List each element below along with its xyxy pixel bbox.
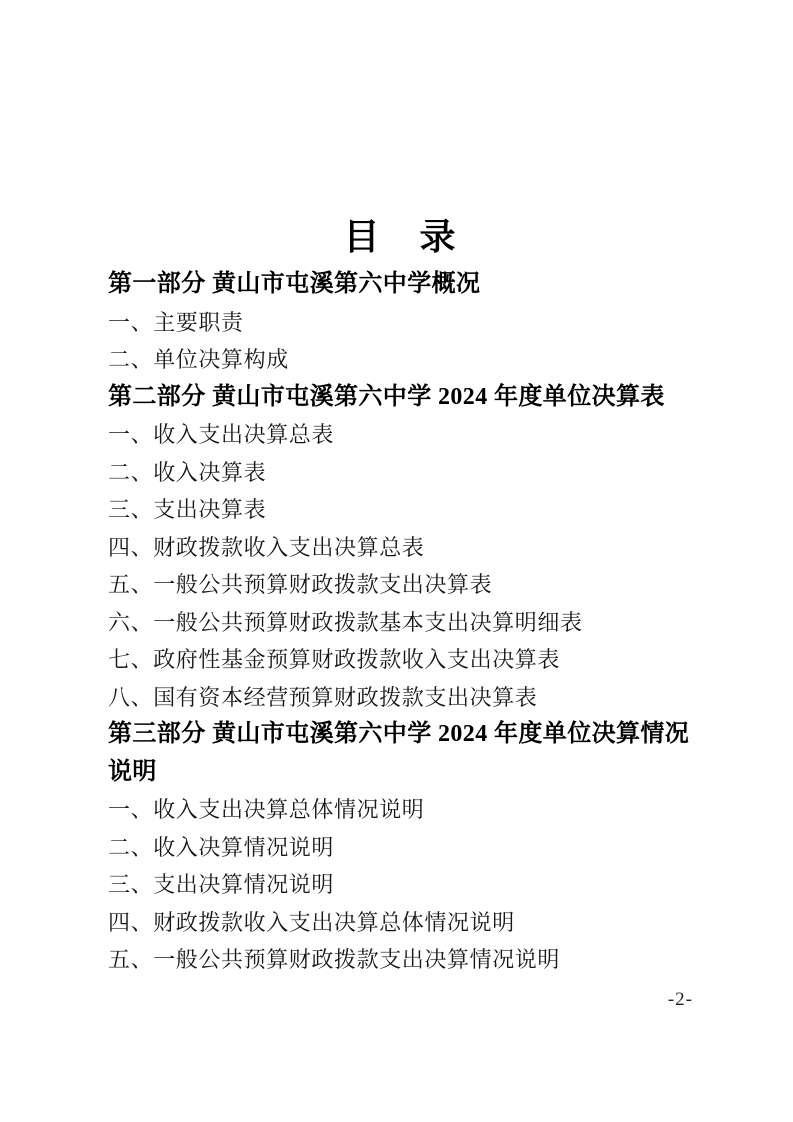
toc-item: 五、一般公共预算财政拨款支出决算情况说明 — [108, 941, 698, 979]
toc-item: 五、一般公共预算财政拨款支出决算表 — [108, 566, 698, 604]
section-heading-part1: 第一部分 黄山市屯溪第六中学概况 — [108, 266, 698, 304]
toc-item: 二、单位决算构成 — [108, 341, 698, 379]
toc-item: 一、收入支出决算总表 — [108, 416, 698, 454]
toc-item: 四、财政拨款收入支出决算总表 — [108, 529, 698, 567]
toc-item: 二、收入决算情况说明 — [108, 829, 698, 867]
page-title: 目 录 — [108, 216, 693, 258]
section-heading-part3: 第三部分 黄山市屯溪第六中学 2024 年度单位决算情况说明 — [108, 716, 698, 791]
toc-item: 六、一般公共预算财政拨款基本支出决算明细表 — [108, 604, 698, 642]
toc-item: 一、主要职责 — [108, 304, 698, 342]
page-number: -2- — [108, 989, 693, 1011]
toc-item: 二、收入决算表 — [108, 454, 698, 492]
toc-item: 四、财政拨款收入支出决算总体情况说明 — [108, 904, 698, 942]
toc-item: 三、支出决算表 — [108, 491, 698, 529]
toc-item: 七、政府性基金预算财政拨款收入支出决算表 — [108, 641, 698, 679]
toc-item: 三、支出决算情况说明 — [108, 866, 698, 904]
toc-item: 一、收入支出决算总体情况说明 — [108, 791, 698, 829]
table-of-contents: 第一部分 黄山市屯溪第六中学概况 一、主要职责 二、单位决算构成 第二部分 黄山… — [108, 266, 698, 979]
toc-item: 八、国有资本经营预算财政拨款支出决算表 — [108, 679, 698, 717]
section-heading-part2: 第二部分 黄山市屯溪第六中学 2024 年度单位决算表 — [108, 379, 698, 417]
document-page: 目 录 第一部分 黄山市屯溪第六中学概况 一、主要职责 二、单位决算构成 第二部… — [0, 0, 793, 1122]
